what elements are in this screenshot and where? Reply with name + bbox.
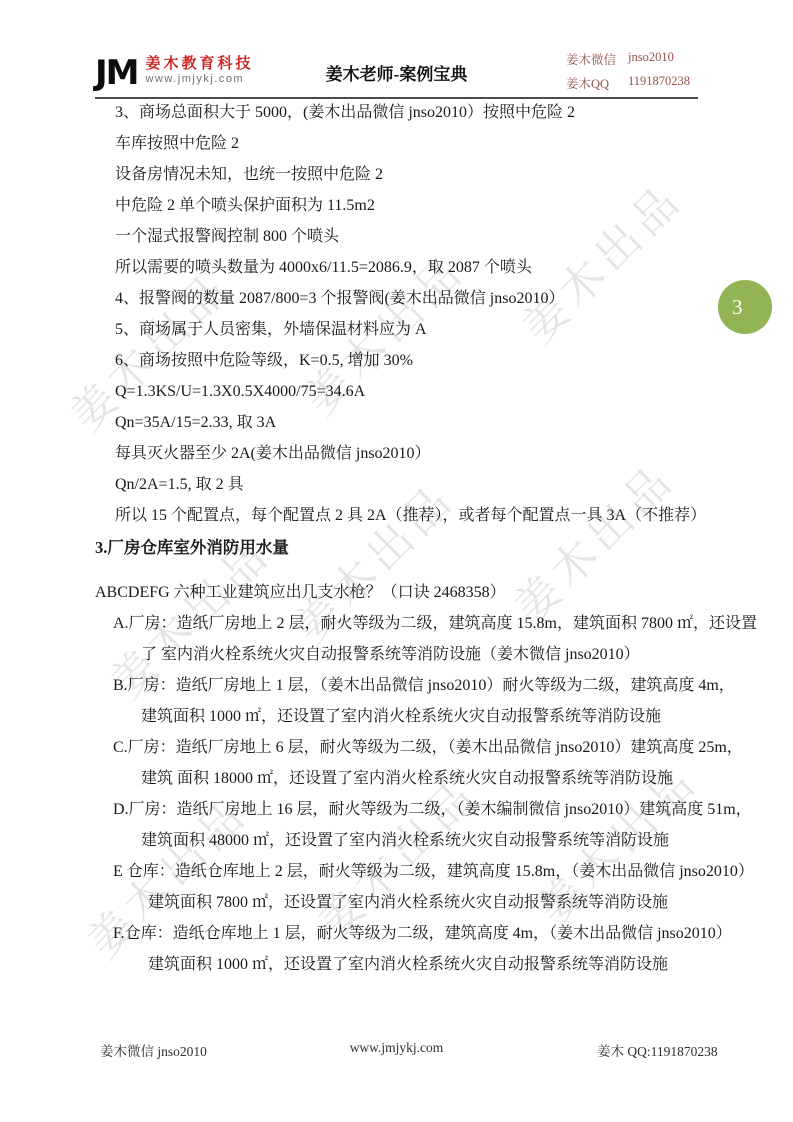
wechat-label: 姜木微信 <box>566 50 628 68</box>
doc-line: 车库按照中危险 2 <box>95 134 755 154</box>
doc-line-item-d: D.厂房：造纸厂房地上 16 层，耐火等级为二级，（姜木编制微信 jnso201… <box>95 800 755 820</box>
doc-line-item-d-cont: 建筑面积 48000 ㎡，还设置了室内消火栓系统火灾自动报警系统等消防设施 <box>95 831 755 851</box>
doc-line-item-a: A.厂房：造纸厂房地上 2 层，耐火等级为二级，建筑高度 15.8m，建筑面积 … <box>95 614 755 634</box>
doc-line-item-e: E 仓库：造纸仓库地上 2 层，耐火等级为二级，建筑高度 15.8m，（姜木出品… <box>95 862 755 882</box>
document-page: 姜木出品 姜木出品 姜木出品 姜木出品 姜木出品 姜木出品 姜木出品 姜木出品 … <box>0 0 793 1122</box>
wechat-value: jnso2010 <box>628 50 690 68</box>
qq-value: 1191870238 <box>628 74 690 92</box>
doc-line-item-f: F.仓库：造纸仓库地上 1 层，耐火等级为二级，建筑高度 4m，（姜木出品微信 … <box>95 924 755 944</box>
doc-line: 3、商场总面积大于 5000，(姜木出品微信 jnso2010）按照中危险 2 <box>95 103 755 123</box>
header-divider <box>95 97 698 99</box>
header-contact-block: 姜木微信 jnso2010 姜木QQ 1191870238 <box>566 50 690 92</box>
doc-line: 中危险 2 单个喷头保护面积为 11.5m2 <box>95 196 755 216</box>
doc-line-item-c-cont: 建筑 面积 18000 ㎡，还设置了室内消火栓系统火灾自动报警系统等消防设施 <box>95 769 755 789</box>
doc-line-item-e-cont: 建筑面积 7800 ㎡，还设置了室内消火栓系统火灾自动报警系统等消防设施 <box>95 893 755 913</box>
doc-line: 一个湿式报警阀控制 800 个喷头 <box>95 227 755 247</box>
doc-line-item-b: B.厂房：造纸厂房地上 1 层，（姜木出品微信 jnso2010）耐火等级为二级… <box>95 676 755 696</box>
qq-label: 姜木QQ <box>566 74 628 92</box>
doc-line: 所以需要的喷头数量为 4000x6/11.5=2086.9，取 2087 个喷头 <box>95 258 755 278</box>
doc-line-item-c: C.厂房：造纸厂房地上 6 层，耐火等级为二级，（姜木出品微信 jnso2010… <box>95 738 755 758</box>
doc-line-item-a-cont: 了 室内消火栓系统火灾自动报警系统等消防设施（姜木微信 jnso2010） <box>95 645 755 665</box>
doc-line: 每具灭火器至少 2A(姜木出品微信 jnso2010） <box>95 444 755 464</box>
doc-line-item-b-cont: 建筑面积 1000 ㎡，还设置了室内消火栓系统火灾自动报警系统等消防设施 <box>95 707 755 727</box>
doc-line: 6、商场按照中危险等级，K=0.5, 增加 30% <box>95 351 755 371</box>
page-number-badge: 3 <box>718 280 772 334</box>
doc-line: 5、商场属于人员密集，外墙保温材料应为 A <box>95 320 755 340</box>
doc-line: Q=1.3KS/U=1.3X0.5X4000/75=34.6A <box>95 382 755 402</box>
doc-line: 4、报警阀的数量 2087/800=3 个报警阀(姜木出品微信 jnso2010… <box>95 289 755 309</box>
section-heading: 3.厂房仓库室外消防用水量 <box>95 538 755 558</box>
document-body: 3、商场总面积大于 5000，(姜木出品微信 jnso2010）按照中危险 2 … <box>95 103 755 986</box>
doc-line: 设备房情况未知，也统一按照中危险 2 <box>95 165 755 185</box>
doc-line: Qn/2A=1.5, 取 2 具 <box>95 475 755 495</box>
doc-line: Qn=35A/15=2.33, 取 3A <box>95 413 755 433</box>
doc-line: 所以 15 个配置点，每个配置点 2 具 2A（推荐），或者每个配置点一具 3A… <box>95 506 755 526</box>
doc-line-item-f-cont: 建筑面积 1000 ㎡，还设置了室内消火栓系统火灾自动报警系统等消防设施 <box>95 955 755 975</box>
section-question: ABCDEFG 六种工业建筑应出几支水枪？（口诀 2468358） <box>95 583 755 603</box>
footer-qq: 姜木 QQ:1191870238 <box>597 1040 718 1060</box>
